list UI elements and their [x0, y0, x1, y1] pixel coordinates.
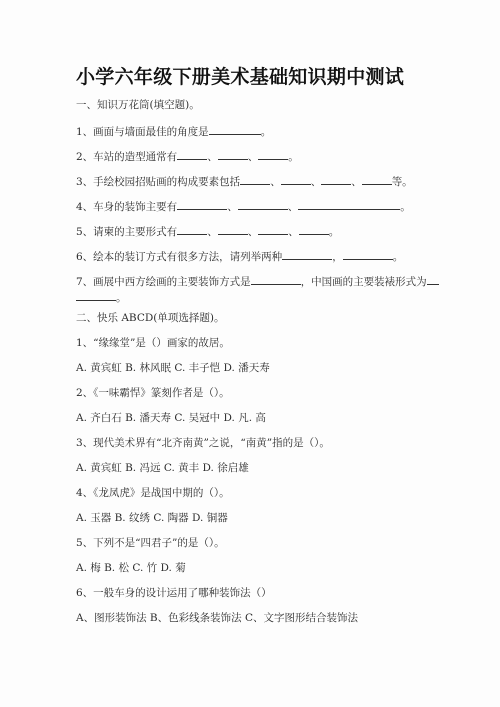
separator: 、: [288, 226, 299, 238]
separator: 、: [270, 176, 281, 188]
answer-blank: [343, 248, 393, 260]
separator: 、: [207, 151, 218, 163]
document-title: 小学六年级下册美术基础知识期中测试: [76, 62, 404, 89]
answer-blank: [209, 123, 261, 135]
answer-blank: [218, 148, 248, 160]
question-text: 6、绘本的装订方式有很多方法，请列举两种: [76, 251, 282, 263]
choice-options-3: A. 黄宾虹 B. 冯远 C. 黄丰 D. 徐启雄: [76, 461, 249, 475]
choice-question-4: 4、《龙凤虎》是战国中期的（）。: [76, 486, 230, 500]
question-suffix: 。: [400, 201, 411, 213]
question-suffix: 。: [261, 126, 272, 138]
fill-question-7-continued: 。: [76, 289, 127, 305]
answer-blank: [299, 223, 329, 235]
question-text-middle: ，中国画的主要装裱形式为: [301, 276, 427, 288]
question-suffix: 。: [329, 226, 340, 238]
question-text: 3、手绘校园招贴画的构成要素包括: [76, 176, 240, 188]
answer-blank: [218, 223, 248, 235]
answer-blank: [177, 223, 207, 235]
fill-question-5: 5、请柬的主要形式有、、、。: [76, 223, 339, 239]
separator: 、: [248, 226, 259, 238]
answer-blank: [321, 173, 351, 185]
question-text: 7、画展中西方绘画的主要装饰方式是: [76, 276, 251, 288]
answer-blank: [258, 148, 288, 160]
choice-question-3: 3、现代美术界有“北齐南黄”之说，“南黄”指的是（）。: [76, 436, 330, 450]
separator: 、: [227, 201, 238, 213]
choice-options-4: A. 玉器 B. 纹绣 C. 陶器 D. 铜器: [76, 511, 228, 525]
question-text: 4、车身的装饰主要有: [76, 201, 177, 213]
fill-question-7: 7、画展中西方绘画的主要装饰方式是，中国画的主要装裱形式为: [76, 273, 439, 289]
answer-blank: [362, 173, 392, 185]
question-text: 1、画面与墙面最佳的角度是: [76, 126, 209, 138]
fill-question-6: 6、绘本的装订方式有很多方法，请列举两种，。: [76, 248, 403, 264]
fill-question-4: 4、车身的装饰主要有、、。: [76, 198, 411, 214]
choice-question-5: 5、下列不是“四君子”的是（）。: [76, 536, 225, 550]
answer-blank: [281, 173, 311, 185]
answer-blank: [282, 248, 332, 260]
question-suffix: 等。: [392, 176, 413, 188]
choice-options-5: A. 梅 B. 松 C. 竹 D. 菊: [76, 561, 186, 575]
choice-question-2: 2、《一味霸悍》篆刻作者是（）。: [76, 386, 230, 400]
question-suffix: 。: [288, 151, 299, 163]
separator: 、: [248, 151, 259, 163]
fill-question-2: 2、车站的造型通常有、、。: [76, 148, 299, 164]
choice-options-6: A、图形装饰法 B、色彩线条装饰法 C、文字图形结合装饰法: [76, 611, 358, 625]
answer-blank: [177, 148, 207, 160]
answer-blank: [240, 173, 270, 185]
answer-blank: [76, 289, 116, 301]
separator: 、: [288, 201, 299, 213]
question-text: 5、请柬的主要形式有: [76, 226, 177, 238]
section-heading-fill-in: 一、知识万花筒(填空题)。: [76, 98, 200, 112]
answer-blank: [251, 273, 301, 285]
choice-question-6: 6、一般车身的设计运用了哪种装饰法（）: [76, 586, 272, 600]
fill-question-1: 1、画面与墙面最佳的角度是。: [76, 123, 271, 139]
question-suffix: 。: [116, 292, 127, 304]
choice-question-1: 1、“缘缘堂”是（）画家的故居。: [76, 336, 230, 350]
choice-options-2: A. 齐白石 B. 潘天寿 C. 吴冠中 D. 凡. 高: [76, 411, 266, 425]
separator: ，: [332, 251, 343, 263]
separator: 、: [351, 176, 362, 188]
answer-blank: [298, 198, 400, 210]
section-heading-multiple-choice: 二、快乐 ABCD(单项选择题)。: [76, 311, 224, 325]
separator: 、: [311, 176, 322, 188]
answer-blank: [177, 198, 227, 210]
separator: 、: [207, 226, 218, 238]
answer-blank: [258, 223, 288, 235]
document-page: 小学六年级下册美术基础知识期中测试 一、知识万花筒(填空题)。 1、画面与墙面最…: [0, 0, 500, 707]
question-text: 2、车站的造型通常有: [76, 151, 177, 163]
choice-options-1: A. 黄宾虹 B. 林风眠 C. 丰子恺 D. 潘天寿: [76, 361, 270, 375]
answer-blank: [238, 198, 288, 210]
question-suffix: 。: [393, 251, 404, 263]
fill-question-3: 3、手绘校园招贴画的构成要素包括、、、等。: [76, 173, 413, 189]
answer-blank: [427, 273, 439, 285]
